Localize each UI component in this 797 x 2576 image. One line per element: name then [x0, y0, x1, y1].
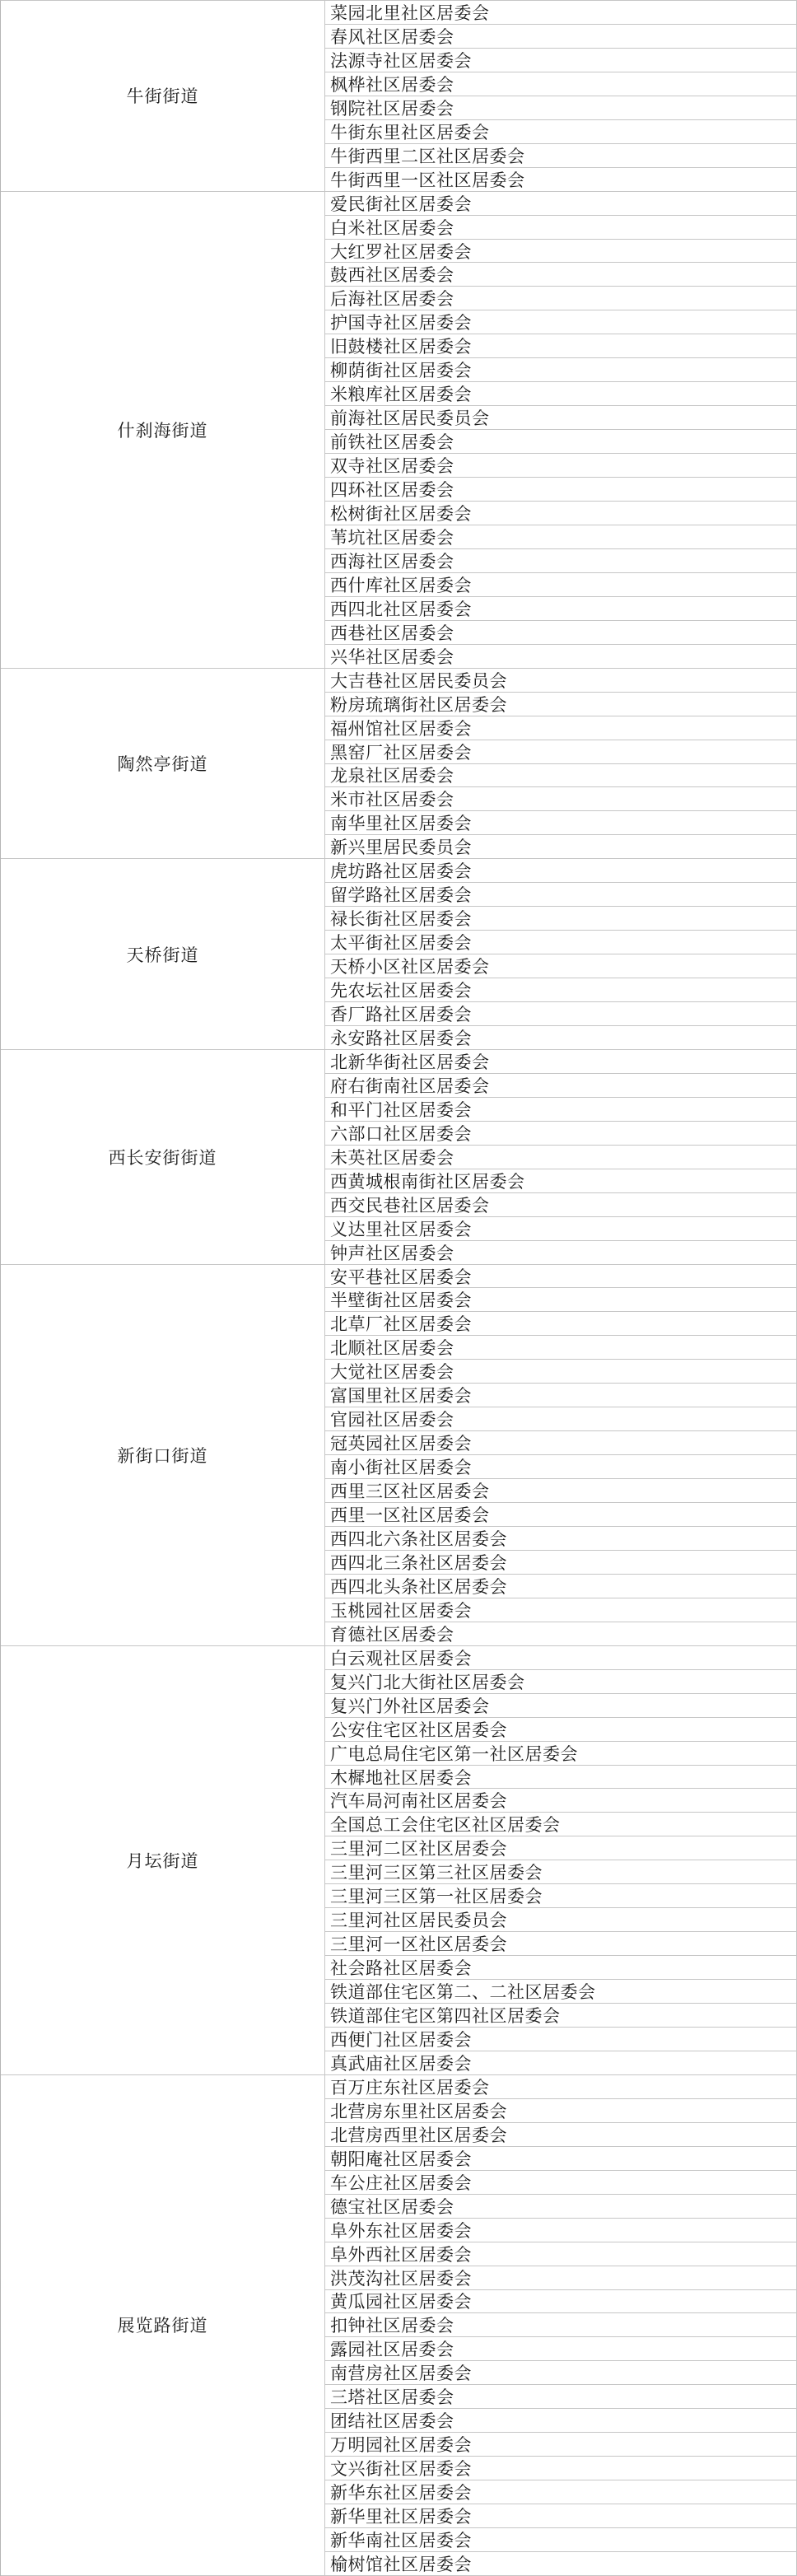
community-cell: 留学路社区居委会 — [325, 883, 796, 907]
community-name: 榆树馆社区居委会 — [325, 2551, 472, 2576]
community-cell: 德宝社区居委会 — [325, 2195, 796, 2219]
community-cell: 兴华社区居委会 — [325, 645, 796, 669]
community-cell: 新华东社区居委会 — [325, 2480, 796, 2504]
community-cell: 官园社区居委会 — [325, 1407, 796, 1431]
community-column: 北新华街社区居委会 府右街南社区居委会 和平门社区居委会 六部口社区居委会 未英… — [325, 1050, 796, 1265]
community-name: 米粮库社区居委会 — [325, 381, 472, 406]
community-name: 牛街西里二区社区居委会 — [325, 143, 525, 168]
community-name: 大吉巷社区居民委员会 — [325, 668, 507, 693]
community-cell: 北营房西里社区居委会 — [325, 2123, 796, 2147]
community-cell: 大红罗社区居委会 — [325, 240, 796, 264]
community-cell: 育德社区居委会 — [325, 1622, 796, 1646]
street-name: 西长安街街道 — [1, 1050, 325, 1265]
community-cell: 北新华街社区居委会 — [325, 1050, 796, 1074]
community-name: 三里河二区社区居委会 — [325, 1836, 507, 1860]
community-cell: 四环社区居委会 — [325, 478, 796, 502]
community-cell: 北草厂社区居委会 — [325, 1312, 796, 1336]
community-name: 新兴里居民委员会 — [325, 834, 472, 859]
community-name: 三里河三区第三社区居委会 — [325, 1860, 543, 1884]
community-name: 三里河三区第一社区居委会 — [325, 1883, 543, 1908]
community-cell: 西交民巷社区居委会 — [325, 1193, 796, 1217]
community-name: 菜园北里社区居委会 — [325, 0, 490, 25]
community-name: 旧鼓楼社区居委会 — [325, 334, 472, 358]
community-cell: 阜外西社区居委会 — [325, 2242, 796, 2266]
community-cell: 西便门社区居委会 — [325, 2028, 796, 2051]
community-cell: 大吉巷社区居民委员会 — [325, 669, 796, 693]
community-cell: 玉桃园社区居委会 — [325, 1598, 796, 1622]
community-cell: 万明园社区居委会 — [325, 2433, 796, 2457]
community-name: 粉房琉璃街社区居委会 — [325, 692, 507, 716]
community-name: 兴华社区居委会 — [325, 644, 454, 669]
community-cell: 太平街社区居委会 — [325, 931, 796, 954]
community-name: 钟声社区居委会 — [325, 1240, 454, 1265]
community-name: 汽车局河南社区居委会 — [325, 1788, 507, 1813]
community-cell: 朝阳庵社区居委会 — [325, 2147, 796, 2171]
community-name: 西四北六条社区居委会 — [325, 1526, 507, 1551]
community-name: 柳荫街社区居委会 — [325, 357, 472, 382]
community-name: 富国里社区居委会 — [325, 1383, 472, 1407]
community-name: 西黄城根南街社区居委会 — [325, 1169, 525, 1193]
community-cell: 鼓西社区居委会 — [325, 263, 796, 287]
community-name: 南华里社区居委会 — [325, 810, 472, 835]
community-name: 三里河一区社区居委会 — [325, 1931, 507, 1956]
community-cell: 菜园北里社区居委会 — [325, 1, 796, 25]
community-name: 社会路社区居委会 — [325, 1955, 472, 1980]
community-name: 西四北头条社区居委会 — [325, 1574, 507, 1598]
community-column: 百万庄东社区居委会 北营房东里社区居委会 北营房西里社区居委会 朝阳庵社区居委会… — [325, 2075, 796, 2576]
street-name: 月坛街道 — [1, 1646, 325, 2075]
community-name: 西海社区居委会 — [325, 548, 454, 573]
community-name: 白米社区居委会 — [325, 215, 454, 240]
community-cell: 南营房社区居委会 — [325, 2361, 796, 2385]
community-cell: 阜外东社区居委会 — [325, 2219, 796, 2242]
street-section: 什刹海街道 爱民街社区居委会 白米社区居委会 大红罗社区居委会 鼓西社区居委会 … — [1, 192, 796, 669]
community-cell: 西四北社区居委会 — [325, 597, 796, 621]
community-cell: 露园社区居委会 — [325, 2337, 796, 2361]
community-cell: 义达里社区居委会 — [325, 1217, 796, 1241]
community-cell: 三塔社区居委会 — [325, 2385, 796, 2409]
community-cell: 虎坊路社区居委会 — [325, 859, 796, 883]
community-cell: 三里河二区社区居委会 — [325, 1836, 796, 1860]
community-cell: 永安路社区居委会 — [325, 1026, 796, 1050]
community-cell: 团结社区居委会 — [325, 2409, 796, 2433]
street-section: 西长安街街道 北新华街社区居委会 府右街南社区居委会 和平门社区居委会 六部口社… — [1, 1050, 796, 1265]
community-name: 洪茂沟社区居委会 — [325, 2266, 472, 2290]
community-name: 大红罗社区居委会 — [325, 239, 472, 264]
community-cell: 铁道部住宅区第四社区居委会 — [325, 2004, 796, 2028]
community-name: 西里三区社区居委会 — [325, 1478, 490, 1503]
community-cell: 冠英园社区居委会 — [325, 1431, 796, 1455]
community-cell: 法源寺社区居委会 — [325, 49, 796, 72]
community-cell: 白云观社区居委会 — [325, 1646, 796, 1670]
community-cell: 松树街社区居委会 — [325, 502, 796, 525]
community-cell: 西里三区社区居委会 — [325, 1479, 796, 1503]
community-cell: 公安住宅区社区居委会 — [325, 1718, 796, 1742]
community-name: 北营房西里社区居委会 — [325, 2122, 507, 2147]
community-cell: 苇坑社区居委会 — [325, 525, 796, 549]
community-name: 牛街东里社区居委会 — [325, 119, 490, 144]
community-name: 龙泉社区居委会 — [325, 763, 454, 787]
community-cell: 西里一区社区居委会 — [325, 1503, 796, 1527]
community-cell: 北营房东里社区居委会 — [325, 2099, 796, 2123]
community-name: 新华南社区居委会 — [325, 2527, 472, 2552]
community-cell: 南小街社区居委会 — [325, 1455, 796, 1479]
street-community-table-page: 牛街街道 菜园北里社区居委会 春风社区居委会 法源寺社区居委会 枫桦社区居委会 … — [0, 0, 797, 2576]
community-cell: 粉房琉璃街社区居委会 — [325, 693, 796, 716]
community-column: 虎坊路社区居委会 留学路社区居委会 禄长街社区居委会 太平街社区居委会 天桥小区… — [325, 859, 796, 1050]
community-cell: 白米社区居委会 — [325, 216, 796, 240]
community-name: 全国总工会住宅区社区居委会 — [325, 1812, 561, 1836]
community-name: 黑窑厂社区居委会 — [325, 740, 472, 764]
community-name: 西便门社区居委会 — [325, 2027, 472, 2051]
street-section: 新街口街道 安平巷社区居委会 半壁街社区居委会 北草厂社区居委会 北顺社区居委会… — [1, 1265, 796, 1646]
community-name: 西交民巷社区居委会 — [325, 1192, 490, 1217]
community-cell: 社会路社区居委会 — [325, 1956, 796, 1980]
community-cell: 香厂路社区居委会 — [325, 1002, 796, 1026]
community-cell: 牛街东里社区居委会 — [325, 120, 796, 144]
community-name: 扣钟社区居委会 — [325, 2312, 454, 2337]
community-cell: 三里河三区第一社区居委会 — [325, 1884, 796, 1908]
street-name: 陶然亭街道 — [1, 669, 325, 860]
community-name: 天桥小区社区居委会 — [325, 954, 490, 978]
community-name: 永安路社区居委会 — [325, 1025, 472, 1050]
community-name: 未英社区居委会 — [325, 1145, 454, 1169]
community-name: 枫桦社区居委会 — [325, 72, 454, 96]
community-cell: 钟声社区居委会 — [325, 1241, 796, 1265]
community-cell: 先农坛社区居委会 — [325, 978, 796, 1002]
community-cell: 新兴里居民委员会 — [325, 835, 796, 859]
community-cell: 前海社区居民委员会 — [325, 406, 796, 430]
community-cell: 半壁街社区居委会 — [325, 1288, 796, 1312]
community-name: 爱民街社区居委会 — [325, 191, 472, 216]
street-name: 牛街街道 — [1, 1, 325, 192]
community-name: 育德社区居委会 — [325, 1622, 454, 1646]
community-cell: 北顺社区居委会 — [325, 1336, 796, 1360]
street-section: 月坛街道 白云观社区居委会 复兴门北大街社区居委会 复兴门外社区居委会 公安住宅… — [1, 1646, 796, 2075]
community-cell: 文兴街社区居委会 — [325, 2457, 796, 2480]
community-name: 先农坛社区居委会 — [325, 978, 472, 1002]
community-cell: 春风社区居委会 — [325, 25, 796, 49]
community-name: 真武庙社区居委会 — [325, 2051, 472, 2075]
street-section: 天桥街道 虎坊路社区居委会 留学路社区居委会 禄长街社区居委会 太平街社区居委会… — [1, 859, 796, 1050]
community-cell: 福州馆社区居委会 — [325, 716, 796, 740]
community-cell: 米市社区居委会 — [325, 787, 796, 811]
community-name: 西里一区社区居委会 — [325, 1502, 490, 1527]
community-name: 官园社区居委会 — [325, 1407, 454, 1431]
community-name: 广电总局住宅区第一社区居委会 — [325, 1741, 578, 1766]
community-name: 新华东社区居委会 — [325, 2480, 472, 2504]
community-name: 三塔社区居委会 — [325, 2384, 454, 2409]
community-column: 白云观社区居委会 复兴门北大街社区居委会 复兴门外社区居委会 公安住宅区社区居委… — [325, 1646, 796, 2075]
community-name: 前铁社区居委会 — [325, 429, 454, 454]
community-cell: 铁道部住宅区第二、二社区居委会 — [325, 1980, 796, 2004]
community-name: 三里河社区居民委员会 — [325, 1907, 507, 1932]
community-name: 和平门社区居委会 — [325, 1097, 472, 1122]
community-cell: 柳荫街社区居委会 — [325, 358, 796, 382]
community-cell: 护国寺社区居委会 — [325, 310, 796, 334]
community-name: 北顺社区居委会 — [325, 1335, 454, 1360]
community-cell: 百万庄东社区居委会 — [325, 2075, 796, 2099]
community-cell: 天桥小区社区居委会 — [325, 954, 796, 978]
community-name: 白云观社区居委会 — [325, 1645, 472, 1670]
community-name: 北营房东里社区居委会 — [325, 2098, 507, 2123]
community-name: 牛街西里一区社区居委会 — [325, 167, 525, 192]
community-name: 百万庄东社区居委会 — [325, 2074, 490, 2099]
community-cell: 南华里社区居委会 — [325, 811, 796, 835]
community-name: 春风社区居委会 — [325, 24, 454, 49]
community-cell: 西什库社区居委会 — [325, 573, 796, 597]
community-name: 后海社区居委会 — [325, 286, 454, 310]
community-cell: 新华里社区居委会 — [325, 2504, 796, 2528]
community-name: 前海社区居民委员会 — [325, 405, 490, 430]
community-name: 府右街南社区居委会 — [325, 1073, 490, 1098]
community-name: 西什库社区居委会 — [325, 572, 472, 597]
community-cell: 复兴门外社区居委会 — [325, 1694, 796, 1718]
community-name: 木樨地社区居委会 — [325, 1765, 472, 1790]
community-cell: 府右街南社区居委会 — [325, 1074, 796, 1098]
community-name: 文兴街社区居委会 — [325, 2456, 472, 2480]
community-name: 大觉社区居委会 — [325, 1359, 454, 1384]
street-name: 展览路街道 — [1, 2075, 325, 2576]
community-cell: 全国总工会住宅区社区居委会 — [325, 1813, 796, 1836]
community-cell: 未英社区居委会 — [325, 1146, 796, 1169]
community-cell: 富国里社区居委会 — [325, 1384, 796, 1407]
community-cell: 广电总局住宅区第一社区居委会 — [325, 1742, 796, 1766]
community-cell: 米粮库社区居委会 — [325, 382, 796, 406]
community-name: 香厂路社区居委会 — [325, 1001, 472, 1026]
community-name: 铁道部住宅区第二、二社区居委会 — [325, 1979, 596, 2004]
community-name: 玉桃园社区居委会 — [325, 1598, 472, 1622]
street-name: 天桥街道 — [1, 859, 325, 1050]
community-name: 万明园社区居委会 — [325, 2432, 472, 2457]
community-name: 护国寺社区居委会 — [325, 310, 472, 334]
community-cell: 龙泉社区居委会 — [325, 764, 796, 788]
community-name: 松树街社区居委会 — [325, 501, 472, 525]
community-cell: 扣钟社区居委会 — [325, 2313, 796, 2337]
community-cell: 黑窑厂社区居委会 — [325, 740, 796, 764]
community-name: 半壁街社区居委会 — [325, 1287, 472, 1312]
community-name: 阜外东社区居委会 — [325, 2218, 472, 2242]
community-name: 双寺社区居委会 — [325, 453, 454, 478]
community-name: 朝阳庵社区居委会 — [325, 2146, 472, 2171]
community-name: 南小街社区居委会 — [325, 1454, 472, 1479]
community-name: 鼓西社区居委会 — [325, 262, 454, 287]
community-cell: 西黄城根南街社区居委会 — [325, 1169, 796, 1193]
community-name: 南营房社区居委会 — [325, 2360, 472, 2385]
community-name: 留学路社区居委会 — [325, 882, 472, 907]
community-cell: 大觉社区居委会 — [325, 1360, 796, 1384]
community-name: 米市社区居委会 — [325, 786, 454, 811]
community-name: 复兴门北大街社区居委会 — [325, 1669, 525, 1694]
community-name: 福州馆社区居委会 — [325, 716, 472, 740]
street-section: 展览路街道 百万庄东社区居委会 北营房东里社区居委会 北营房西里社区居委会 朝阳… — [1, 2075, 796, 2576]
community-cell: 三里河三区第三社区居委会 — [325, 1860, 796, 1884]
community-name: 太平街社区居委会 — [325, 930, 472, 954]
community-name: 公安住宅区社区居委会 — [325, 1717, 507, 1742]
community-cell: 枫桦社区居委会 — [325, 72, 796, 96]
community-name: 北草厂社区居委会 — [325, 1311, 472, 1336]
community-name: 复兴门外社区居委会 — [325, 1693, 490, 1718]
community-name: 义达里社区居委会 — [325, 1216, 472, 1241]
community-name: 法源寺社区居委会 — [325, 48, 472, 72]
street-section: 牛街街道 菜园北里社区居委会 春风社区居委会 法源寺社区居委会 枫桦社区居委会 … — [1, 1, 796, 192]
community-cell: 西四北三条社区居委会 — [325, 1551, 796, 1575]
community-name: 西四北三条社区居委会 — [325, 1550, 507, 1575]
community-column: 大吉巷社区居民委员会 粉房琉璃街社区居委会 福州馆社区居委会 黑窑厂社区居委会 … — [325, 669, 796, 860]
community-name: 安平巷社区居委会 — [325, 1264, 472, 1289]
community-name: 北新华街社区居委会 — [325, 1049, 490, 1074]
community-cell: 前铁社区居委会 — [325, 430, 796, 454]
community-name: 冠英园社区居委会 — [325, 1430, 472, 1455]
community-name: 四环社区居委会 — [325, 477, 454, 502]
community-column: 安平巷社区居委会 半壁街社区居委会 北草厂社区居委会 北顺社区居委会 大觉社区居… — [325, 1265, 796, 1646]
community-cell: 西四北六条社区居委会 — [325, 1527, 796, 1551]
community-cell: 牛街西里一区社区居委会 — [325, 168, 796, 192]
community-name: 钢院社区居委会 — [325, 96, 454, 120]
community-cell: 黄瓜园社区居委会 — [325, 2290, 796, 2314]
street-name: 新街口街道 — [1, 1265, 325, 1646]
community-name: 新华里社区居委会 — [325, 2504, 472, 2528]
community-cell: 西四北头条社区居委会 — [325, 1575, 796, 1598]
community-name: 团结社区居委会 — [325, 2408, 454, 2433]
community-cell: 新华南社区居委会 — [325, 2528, 796, 2552]
community-name: 铁道部住宅区第四社区居委会 — [325, 2003, 561, 2028]
community-cell: 钢院社区居委会 — [325, 96, 796, 120]
street-community-table: 牛街街道 菜园北里社区居委会 春风社区居委会 法源寺社区居委会 枫桦社区居委会 … — [0, 0, 797, 2576]
community-name: 六部口社区居委会 — [325, 1121, 472, 1146]
community-name: 露园社区居委会 — [325, 2336, 454, 2361]
community-cell: 西海社区居委会 — [325, 549, 796, 573]
community-cell: 真武庙社区居委会 — [325, 2051, 796, 2075]
community-cell: 安平巷社区居委会 — [325, 1265, 796, 1289]
community-cell: 车公庄社区居委会 — [325, 2171, 796, 2195]
street-name: 什刹海街道 — [1, 192, 325, 669]
sections-host: 牛街街道 菜园北里社区居委会 春风社区居委会 法源寺社区居委会 枫桦社区居委会 … — [1, 1, 796, 2576]
community-cell: 木樨地社区居委会 — [325, 1766, 796, 1790]
community-name: 西巷社区居委会 — [325, 620, 454, 645]
community-cell: 双寺社区居委会 — [325, 454, 796, 478]
community-name: 车公庄社区居委会 — [325, 2170, 472, 2195]
community-cell: 汽车局河南社区居委会 — [325, 1789, 796, 1813]
community-cell: 和平门社区居委会 — [325, 1098, 796, 1122]
community-name: 阜外西社区居委会 — [325, 2242, 472, 2266]
community-cell: 旧鼓楼社区居委会 — [325, 334, 796, 358]
street-section: 陶然亭街道 大吉巷社区居民委员会 粉房琉璃街社区居委会 福州馆社区居委会 黑窑厂… — [1, 669, 796, 860]
community-name: 黄瓜园社区居委会 — [325, 2289, 472, 2313]
community-cell: 西巷社区居委会 — [325, 621, 796, 645]
community-column: 爱民街社区居委会 白米社区居委会 大红罗社区居委会 鼓西社区居委会 后海社区居委… — [325, 192, 796, 669]
community-cell: 三里河一区社区居委会 — [325, 1932, 796, 1956]
community-cell: 禄长街社区居委会 — [325, 907, 796, 931]
community-cell: 洪茂沟社区居委会 — [325, 2266, 796, 2290]
community-cell: 复兴门北大街社区居委会 — [325, 1670, 796, 1694]
community-name: 禄长街社区居委会 — [325, 906, 472, 931]
community-cell: 牛街西里二区社区居委会 — [325, 144, 796, 168]
community-cell: 三里河社区居民委员会 — [325, 1908, 796, 1932]
community-name: 虎坊路社区居委会 — [325, 858, 472, 883]
community-cell: 六部口社区居委会 — [325, 1122, 796, 1146]
community-name: 德宝社区居委会 — [325, 2194, 454, 2219]
community-name: 西四北社区居委会 — [325, 596, 472, 621]
community-name: 苇坑社区居委会 — [325, 525, 454, 549]
community-cell: 后海社区居委会 — [325, 287, 796, 310]
community-column: 菜园北里社区居委会 春风社区居委会 法源寺社区居委会 枫桦社区居委会 钢院社区居… — [325, 1, 796, 192]
community-cell: 榆树馆社区居委会 — [325, 2552, 796, 2576]
community-cell: 爱民街社区居委会 — [325, 192, 796, 216]
